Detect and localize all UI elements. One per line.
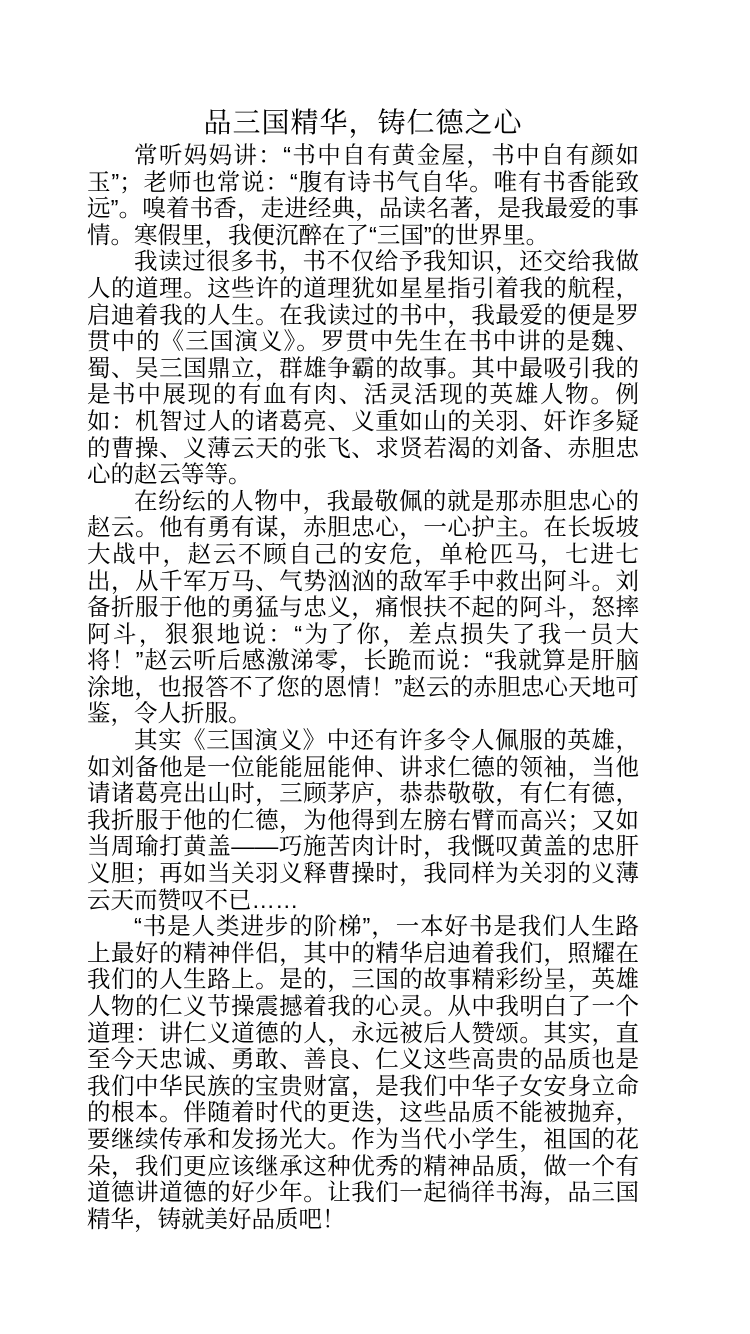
paragraph-intro: 常听妈妈讲：“书中自有黄金屋，书中自有颜如玉”；老师也常说：“腹有诗书气自华。唯… [87,142,639,248]
paragraph-conclusion: “书是人类进步的阶梯”，一本好书是我们人生路上最好的精神伴侣，其中的精华启迪着我… [87,913,639,1232]
essay-title: 品三国精华，铸仁德之心 [87,106,639,139]
paragraph-other-heroes: 其实《三国演义》中还有许多令人佩服的英雄，如刘备他是一位能能屈能伸、讲求仁德的领… [87,727,639,913]
paragraph-zhaoyun: 在纷纭的人物中，我最敬佩的就是那赤胆忠心的赵云。他有勇有谋，赤胆忠心，一心护主。… [87,488,639,727]
essay-page: 品三国精华，铸仁德之心 常听妈妈讲：“书中自有黄金屋，书中自有颜如玉”；老师也常… [0,0,750,1334]
paragraph-books-and-heroes: 我读过很多书，书不仅给予我知识，还交给我做人的道理。这些许的道理犹如星星指引着我… [87,248,639,487]
